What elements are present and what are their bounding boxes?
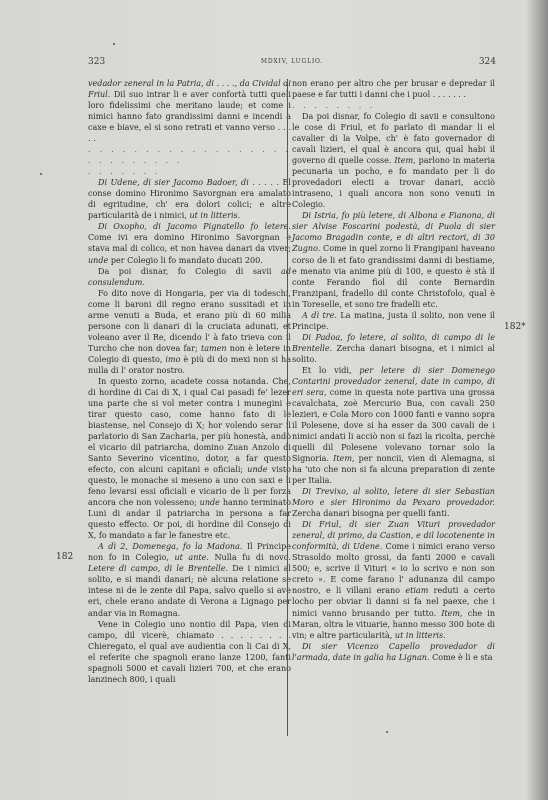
left-column: vedador zeneral in la Patria, di . . . .… (88, 78, 291, 685)
text: Nulla fu di novo. (209, 553, 291, 562)
text: Da poi disnar, fo Colegio di savii (98, 267, 281, 276)
paper-speck (386, 731, 388, 733)
italic-text: imo (165, 355, 180, 364)
paragraph: Et lo vidi, per letere di sier Domenego … (292, 365, 495, 486)
text: come in questa note partiva una grossa c… (292, 388, 495, 463)
margin-note-left: 182 (56, 552, 73, 562)
paragraph: Di Padoa, fo letere, al solito, di campo… (292, 332, 495, 365)
italic-text: Item, (394, 156, 415, 165)
paragraph: . . . . . . . (88, 166, 291, 177)
italic-text: unde (247, 465, 267, 474)
paragraph: Da poi disnar, fo Colegio di savii e con… (292, 111, 495, 210)
italic-text: Di Udene, di sier Jacomo Badoer, di . . … (98, 178, 279, 187)
paper-speck (113, 43, 115, 45)
italic-text: ut in litteris. (395, 631, 446, 640)
text: Come è li e sta (430, 653, 493, 662)
italic-text: Item, (333, 454, 354, 463)
paragraph: vedador zeneral in la Patria, di . . . .… (88, 78, 291, 144)
italic-text: Di Oxopho, di Jacomo Pignatello fo leter… (98, 222, 291, 231)
text: Et lo vidi, (302, 366, 359, 375)
paragraph: . . . . . . . . . . . . . . . . . . . . … (88, 144, 291, 166)
text: Come ivi era domino Hironimo Savorgnan e… (88, 233, 291, 253)
text: . . . . . . . . . . . . . . . . . . . . … (88, 145, 291, 165)
paragraph: . . . . . . . . (292, 100, 495, 111)
running-title: MDXIV, LUGLIO. (88, 58, 496, 65)
italic-text: unde (88, 256, 108, 265)
paragraph: Di Trevixo, al solito, letere di sier Se… (292, 486, 495, 519)
italic-text: Item, (441, 609, 462, 618)
text: Vene in Colegio uno nontio dil Papa, vie… (88, 620, 291, 684)
italic-text: ut in litteris. (189, 211, 240, 220)
text: . . . . . . . (88, 167, 160, 176)
running-head: 323 MDXIV, LUGLIO. 324 (88, 57, 496, 69)
text: . . . . . . . . (292, 101, 375, 110)
paragraph: Di sier Vicenzo Capello provedador di l'… (292, 641, 495, 663)
book-page: 323 MDXIV, LUGLIO. 324 vedador zeneral i… (0, 0, 548, 800)
italic-text: etiam (405, 586, 428, 595)
paragraph: Fo dito nove di Hongaria, per via di tod… (88, 288, 291, 376)
paragraph: A dì 2, Domenega, fo la Madona. Il Princ… (88, 541, 291, 618)
text: Dil suo intrar li e aver confortà tutti … (88, 90, 291, 143)
text: Zercha danari bisogna per quelli fanti. (292, 509, 450, 518)
paragraph: Vene in Colegio uno nontio dil Papa, vie… (88, 619, 291, 685)
page-number-right: 324 (479, 57, 496, 67)
paragraph: Da poi disnar, fo Colegio di savii ad co… (88, 266, 291, 288)
paper-speck (40, 173, 42, 175)
paragraph: Di Istria, fo più letere, di Albona e Fi… (292, 210, 495, 309)
paragraph: Di Oxopho, di Jacomo Pignatello fo leter… (88, 221, 291, 265)
text: non erano per altro che per brusar e dep… (292, 79, 495, 99)
paragraph: Di Friul, di sier Zuan Vituri provedador… (292, 519, 495, 640)
paragraph: non erano per altro che per brusar e dep… (292, 78, 495, 100)
italic-text: Letere di campo, di le Brentelle. (88, 564, 228, 573)
italic-text: Di Trevixo, al solito, letere di sier Se… (292, 487, 495, 507)
text: per Colegio li fo mandato ducati 200. (108, 256, 263, 265)
paragraph: A dì tre. La matina, justa il solito, no… (292, 310, 495, 332)
italic-text: A dì tre. (302, 311, 337, 320)
text: Come in quel zorno li Frangipani haveano… (292, 244, 495, 308)
paragraph: In questo zorno, acadete cossa notanda. … (88, 376, 291, 541)
margin-note-right: 182* (504, 322, 526, 332)
italic-text: tamen (201, 344, 227, 353)
text: In questo zorno, acadete cossa notanda. … (88, 377, 291, 474)
right-column: non erano per altro che per brusar e dep… (292, 78, 495, 663)
column-divider (287, 79, 288, 736)
italic-text: unde (200, 498, 220, 507)
italic-text: A dì 2, Domenega, fo la Madona. (98, 542, 242, 551)
italic-text: ut ante. (174, 553, 209, 562)
paragraph: Di Udene, di sier Jacomo Badoer, di . . … (88, 177, 291, 221)
